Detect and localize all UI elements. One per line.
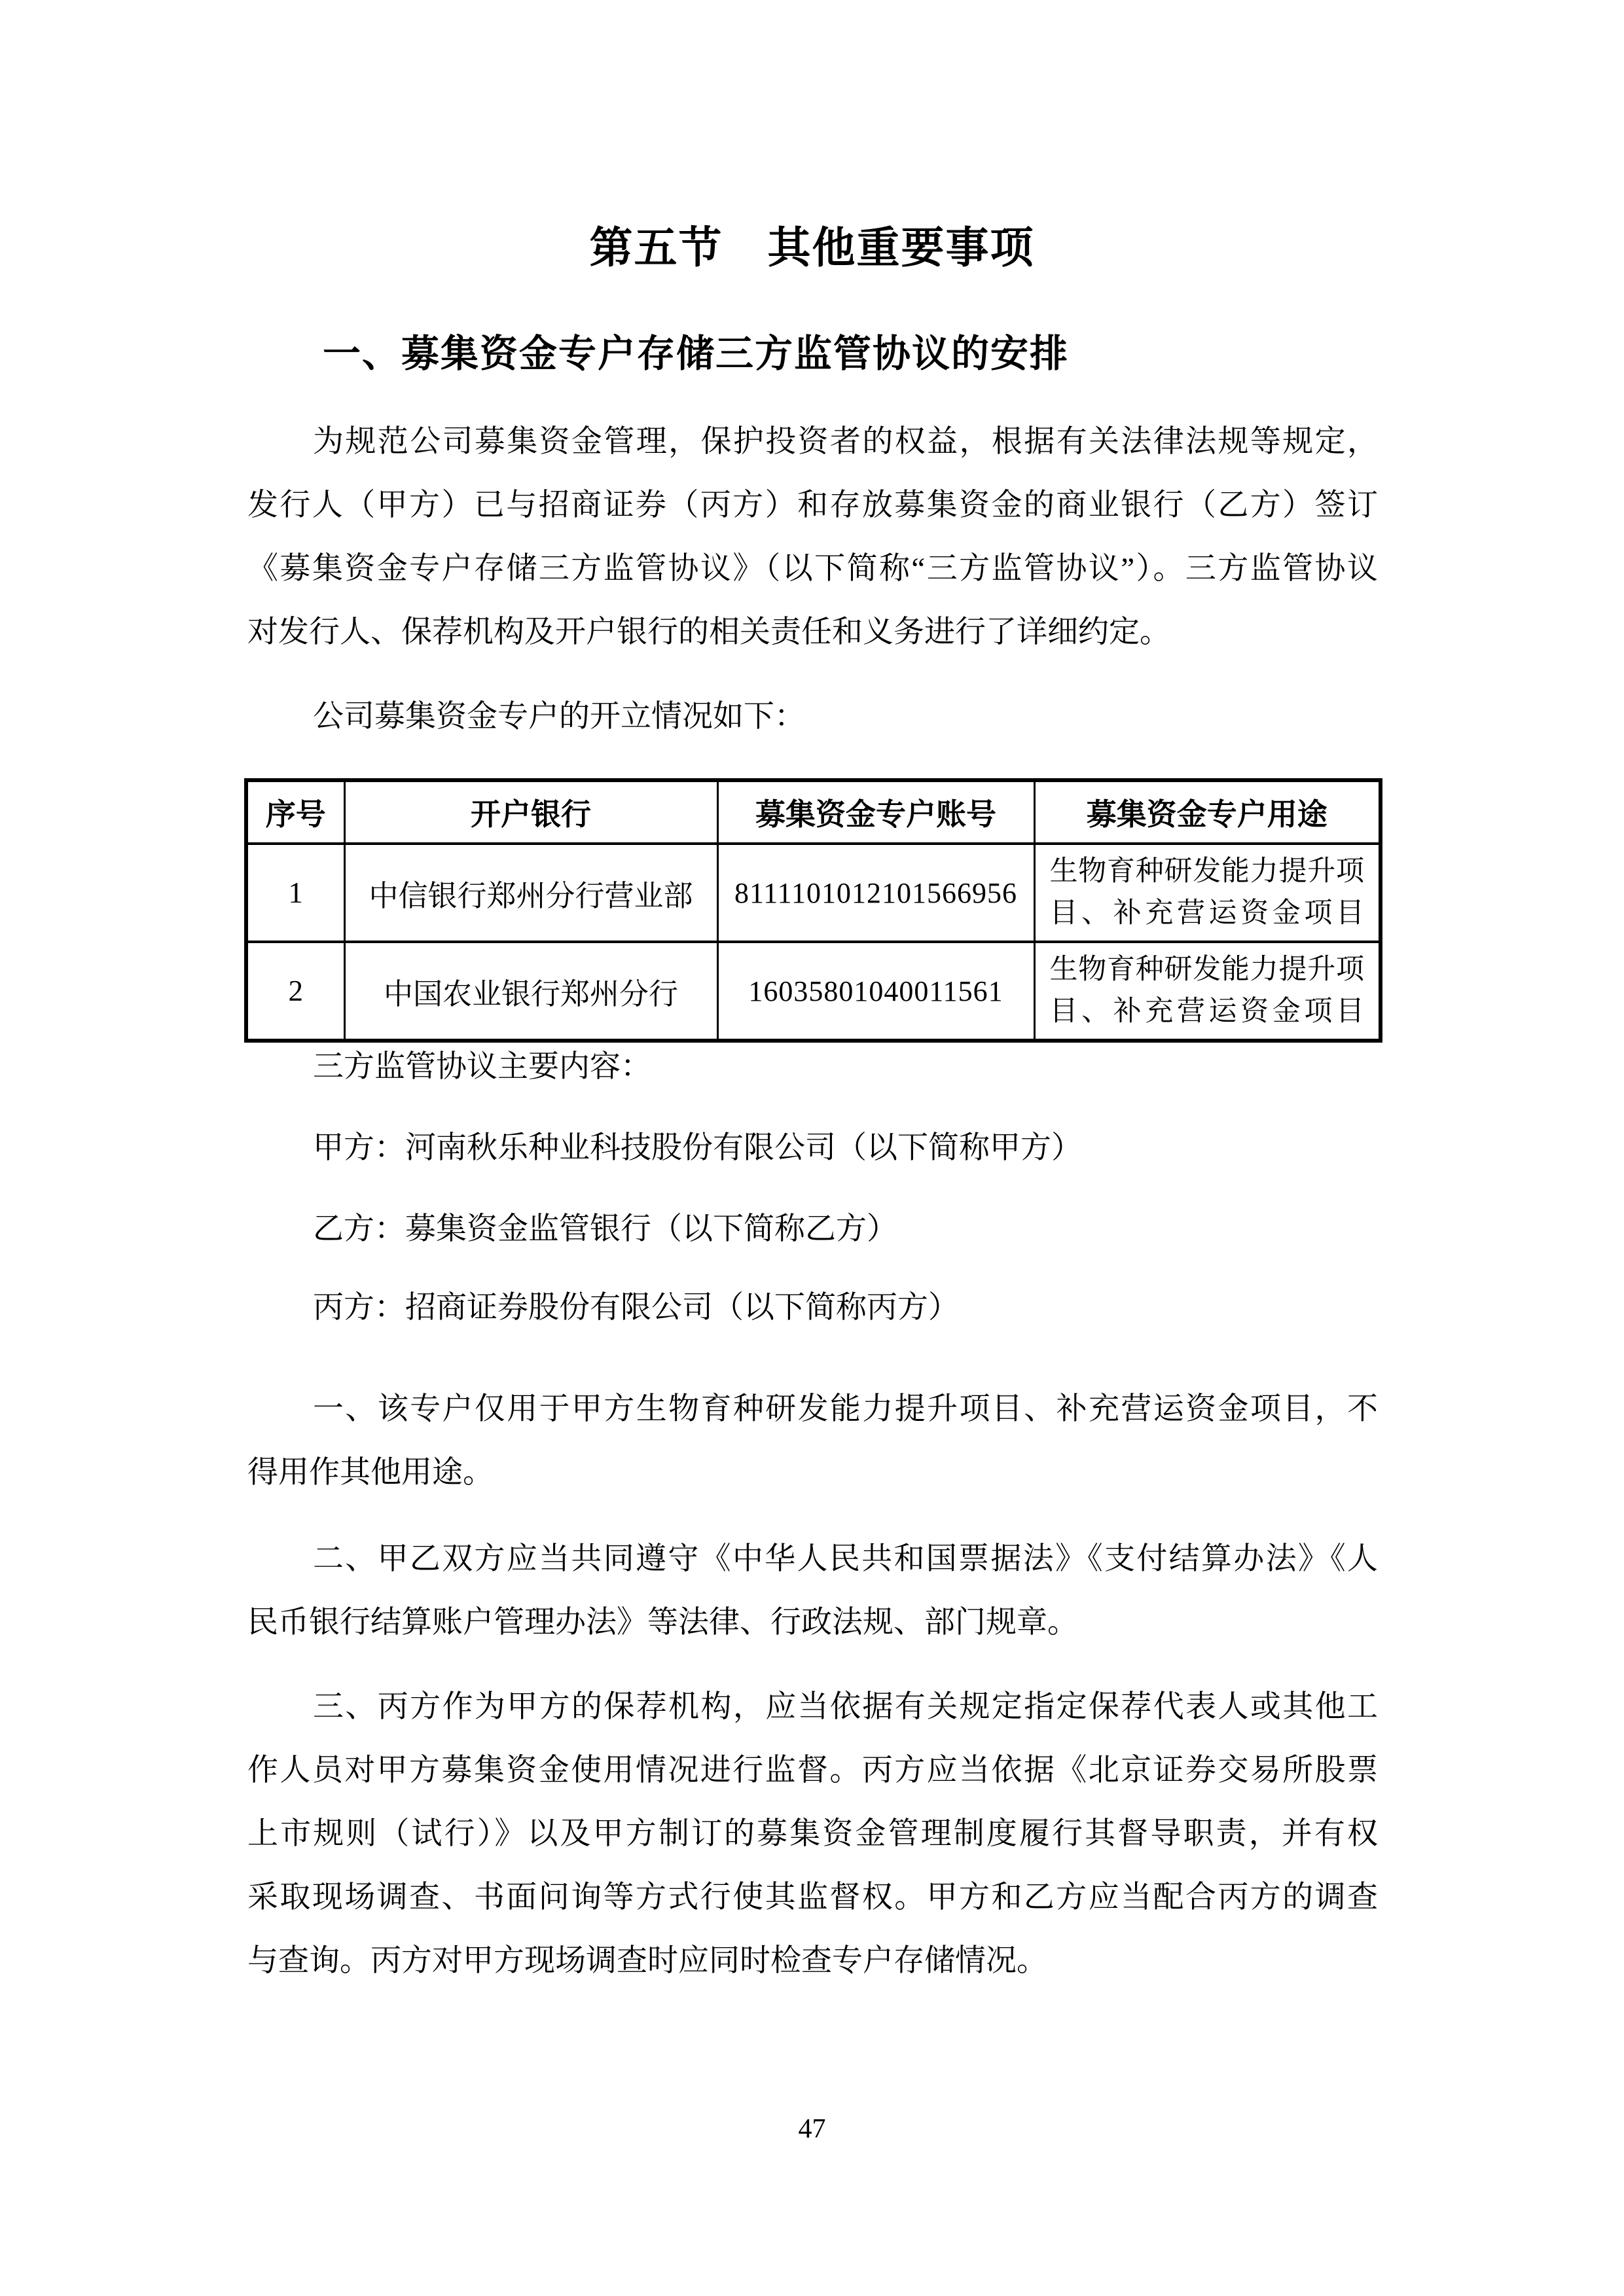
header-cell-account: 募集资金专户账号 (717, 780, 1034, 844)
cell-no: 2 (246, 942, 344, 1041)
text-line: 公司募集资金专户的开立情况如下： (247, 685, 1378, 749)
table-header-row: 序号 开户银行 募集资金专户账号 募集资金专户用途 (246, 780, 1380, 844)
clause-2-paragraph: 二、甲乙双方应当共同遵守《中华人民共和国票据法》《支付结算办法》《人 民币银行结… (247, 1528, 1378, 1655)
table-row: 1 中信银行郑州分行营业部 8111101012101566956 生物育种研发… (246, 844, 1380, 942)
cell-no: 1 (246, 844, 344, 942)
text-line: 作人员对甲方募集资金使用情况进行监督。丙方应当依据《北京证券交易所股票 (247, 1739, 1378, 1803)
cell-purpose: 生物育种研发能力提升项目、补充营运资金项目 (1034, 844, 1380, 942)
text-line: 发行人（甲方）已与招商证券（丙方）和存放募集资金的商业银行（乙方）签订 (247, 474, 1378, 537)
document-page: 第五节 其他重要事项 一、募集资金专户存储三方监管协议的安排 为规范公司募集资金… (0, 0, 1624, 2296)
text-line: 二、甲乙双方应当共同遵守《中华人民共和国票据法》《支付结算办法》《人 (247, 1528, 1378, 1591)
header-cell-purpose: 募集资金专户用途 (1034, 780, 1380, 844)
text-line: 上市规则（试行）》以及甲方制订的募集资金管理制度履行其督导职责，并有权 (247, 1803, 1378, 1866)
header-cell-bank: 开户银行 (344, 780, 717, 844)
section-heading: 一、募集资金专户存储三方监管协议的安排 (323, 332, 1069, 376)
party-c-line: 丙方：招商证券股份有限公司（以下简称丙方） (247, 1276, 1378, 1340)
content-label-line: 三方监管协议主要内容： (247, 1035, 1378, 1099)
text-line: 采取现场调查、书面问询等方式行使其监督权。甲方和乙方应当配合丙方的调查 (247, 1866, 1378, 1929)
clause-1-paragraph: 一、该专户仅用于甲方生物育种研发能力提升项目、补充营运资金项目，不 得用作其他用… (247, 1378, 1378, 1505)
text-line: 一、该专户仅用于甲方生物育种研发能力提升项目、补充营运资金项目，不 (247, 1378, 1378, 1441)
party-a-line: 甲方：河南秋乐种业科技股份有限公司（以下简称甲方） (247, 1117, 1378, 1180)
cell-account: 8111101012101566956 (717, 844, 1034, 942)
cell-account: 16035801040011561 (717, 942, 1034, 1041)
text-line: 为规范公司募集资金管理，保护投资者的权益，根据有关法律法规等规定， (247, 410, 1378, 474)
purpose-text: 生物育种研发能力提升项目、补充营运资金项目 (1050, 851, 1365, 935)
header-cell-no: 序号 (246, 780, 344, 844)
table-row: 2 中国农业银行郑州分行 16035801040011561 生物育种研发能力提… (246, 942, 1380, 1041)
cell-bank: 中国农业银行郑州分行 (344, 942, 717, 1041)
text-line: 三方监管协议主要内容： (247, 1035, 1378, 1099)
page-title: 第五节 其他重要事项 (0, 223, 1624, 272)
text-line: 乙方：募集资金监管银行（以下简称乙方） (247, 1198, 1378, 1261)
text-line: 《募集资金专户存储三方监管协议》（以下简称“三方监管协议”）。三方监管协议 (247, 537, 1378, 601)
text-line: 三、丙方作为甲方的保荐机构，应当依据有关规定指定保荐代表人或其他工 (247, 1676, 1378, 1739)
page-number: 47 (0, 2114, 1624, 2144)
text-line: 对发行人、保荐机构及开户银行的相关责任和义务进行了详细约定。 (247, 601, 1378, 664)
clause-3-paragraph: 三、丙方作为甲方的保荐机构，应当依据有关规定指定保荐代表人或其他工 作人员对甲方… (247, 1676, 1378, 1993)
text-line: 甲方：河南秋乐种业科技股份有限公司（以下简称甲方） (247, 1117, 1378, 1180)
table-intro-line: 公司募集资金专户的开立情况如下： (247, 685, 1378, 749)
intro-paragraph: 为规范公司募集资金管理，保护投资者的权益，根据有关法律法规等规定， 发行人（甲方… (247, 410, 1378, 664)
cell-purpose: 生物育种研发能力提升项目、补充营运资金项目 (1034, 942, 1380, 1041)
text-line: 民币银行结算账户管理办法》等法律、行政法规、部门规章。 (247, 1591, 1378, 1655)
purpose-text: 生物育种研发能力提升项目、补充营运资金项目 (1050, 949, 1365, 1033)
text-line: 与查询。丙方对甲方现场调查时应同时检查专户存储情况。 (247, 1929, 1378, 1993)
text-line: 得用作其他用途。 (247, 1441, 1378, 1505)
text-line: 丙方：招商证券股份有限公司（以下简称丙方） (247, 1276, 1378, 1340)
accounts-table: 序号 开户银行 募集资金专户账号 募集资金专户用途 1 中信银行郑州分行营业部 … (244, 778, 1382, 1043)
cell-bank: 中信银行郑州分行营业部 (344, 844, 717, 942)
party-b-line: 乙方：募集资金监管银行（以下简称乙方） (247, 1198, 1378, 1261)
